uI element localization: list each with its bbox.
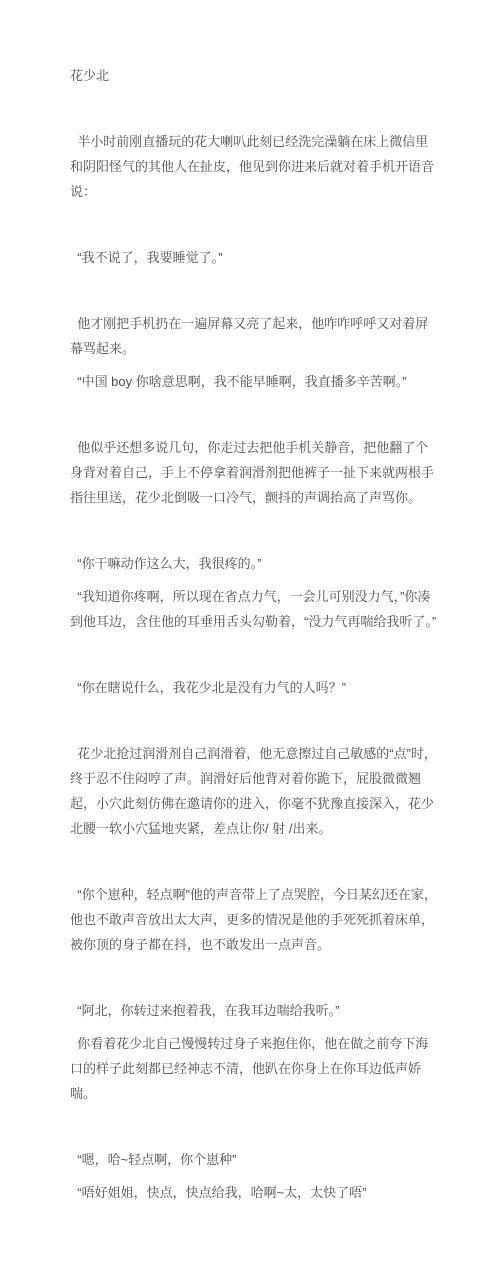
paragraph: “中国 boy 你啥意思啊，我不能早睡啊，我直播多辛苦啊。”	[70, 369, 438, 394]
paragraph: 花少北抢过润滑剂自己润滑着，他无意擦过自己敏感的“点”时，终于忍不住闷哼了声。润…	[70, 741, 438, 841]
paragraph: 他似乎还想多说几句，你走过去把他手机关静音，把他翻了个身背对着自己，手上不停拿着…	[70, 435, 438, 510]
paragraph: “我不说了，我要睡觉了。”	[70, 245, 438, 270]
blank-line	[70, 96, 438, 121]
story-title: 花少北	[70, 63, 438, 88]
blank-line	[70, 849, 438, 874]
paragraph: 半小时前刚直播玩的花大喇叭此刻已经洗完澡躺在床上微信里和阴阳怪气的其他人在扯皮，…	[70, 129, 438, 204]
paragraph: “嗯，哈~轻点啊，你个崽种”	[70, 1147, 438, 1172]
blank-line	[70, 212, 438, 237]
story-page: 花少北 半小时前刚直播玩的花大喇叭此刻已经洗完澡躺在床上微信里和阴阳怪气的其他人…	[0, 0, 500, 1273]
paragraph: “你在瞎说什么，我花少北是没有力气的人吗？”	[70, 675, 438, 700]
blank-line	[70, 1114, 438, 1139]
paragraph: “我知道你疼啊，所以现在省点力气，一会儿可别没力气，”你凑到他耳边，含住他的耳垂…	[70, 584, 438, 634]
blank-line	[70, 278, 438, 303]
blank-line	[70, 518, 438, 543]
paragraph: “你个崽种，轻点啊”他的声音带上了点哭腔，今日某幻还在家，他也不敢声音放出太大声…	[70, 882, 438, 957]
paragraph: 你看着花少北自己慢慢转过身子来抱住你，他在做之前夸下海口的样子此刻都已经神志不清…	[70, 1031, 438, 1106]
paragraph: “唔好姐姐，快点，快点给我，哈啊~太，太快了唔”	[70, 1180, 438, 1205]
story-body: 半小时前刚直播玩的花大喇叭此刻已经洗完澡躺在床上微信里和阴阳怪气的其他人在扯皮，…	[70, 96, 438, 1205]
blank-line	[70, 402, 438, 427]
blank-line	[70, 642, 438, 667]
paragraph: 他才刚把手机扔在一遍屏幕又亮了起来，他咋咋呼呼又对着屏幕骂起来。	[70, 311, 438, 361]
blank-line	[70, 708, 438, 733]
blank-line	[70, 965, 438, 990]
paragraph: “阿北，你转过来抱着我，在我耳边喘给我听。”	[70, 998, 438, 1023]
paragraph: “你干嘛动作这么大，我很疼的。”	[70, 551, 438, 576]
